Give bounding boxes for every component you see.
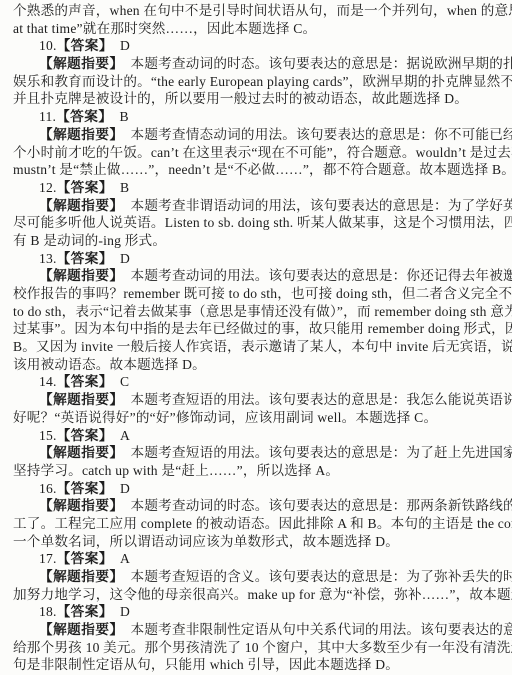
- text-line: mustn’t 是“禁止做……”，needn’t 是“不必做……”，都不符合题意…: [13, 161, 499, 179]
- text-line: 加努力地学习，这令他的母亲很高兴。make up for 意为“补偿，弥补……”…: [13, 586, 499, 604]
- text-line: 【解题指要】 本题考查非谓语动词的用法，该句要表达的意思是：为了学好英语，我们应…: [13, 197, 499, 215]
- text-line: 过某事”。因为本句中指的是去年已经做过的事，故只能用 remember doin…: [13, 320, 499, 338]
- text-line: 【解题指要】 本题考查情态动词的用法。该句要表达的意思是：你不可能已经饿了，你两: [13, 126, 499, 144]
- text-line: 【解题指要】 本题考查动词的用法。该句要表达的意思是：你还记得去年被邀请到我们学: [13, 267, 499, 285]
- text-run: 尽可能多听他人说英语。Listen to sb. doing sth. 听某人做…: [13, 215, 512, 230]
- text-line: 11.【答案】 B: [13, 108, 499, 126]
- text-line: 校作报告的事吗？remember 既可接 to do sth，也可接 doing…: [13, 285, 499, 303]
- text-line: 16.【答案】 D: [13, 480, 499, 498]
- text-run: 12.: [39, 180, 57, 195]
- section-label: 【解题指要】: [39, 569, 117, 584]
- text-line: 14.【答案】 C: [13, 373, 499, 391]
- section-label: 【解题指要】: [39, 445, 117, 460]
- section-label: 【答案】: [57, 374, 107, 389]
- text-line: 【解题指要】 本题考查短语的用法。该句要表达的意思是：为了赶上先进国家，我们必须: [13, 444, 499, 462]
- text-run: 加努力地学习，这令他的母亲很高兴。make up for 意为“补偿，弥补……”…: [13, 587, 512, 602]
- text-run: mustn’t 是“禁止做……”，needn’t 是“不必做……”，都不符合题意…: [13, 162, 512, 177]
- text-run: 校作报告的事吗？remember 既可接 to do sth，也可接 doing…: [13, 286, 512, 301]
- text-run: 17.: [39, 551, 57, 566]
- text-line: 一个单数名词，所以谓语动词应该为单数形式，故本题选择 D。: [13, 533, 499, 551]
- text-run: to do sth，表示“记着去做某事（意思是事情还没有做）”，而 rememb…: [13, 304, 512, 319]
- text-line: 【解题指要】 本题考查短语的含义。该句要表达的意思是：为了弥补丢失的时间，约翰更: [13, 568, 499, 586]
- text-run: 个小时前才吃的午饭。can’t 在这里表示“现在不可能”，符合题意。wouldn…: [13, 145, 512, 160]
- text-run: 并且扑克牌是被设计的，所以要用一般过去时的被动语态，故此题选择 D。: [13, 91, 468, 106]
- section-label: 【解题指要】: [39, 392, 117, 407]
- text-line: 给那个男孩 10 美元。那个男孩清洗了 10 个窗户，其中大多数至少有一年没有清…: [13, 639, 499, 657]
- text-line: 坚持学习。catch up with 是“赶上……”，所以选择 A。: [13, 462, 499, 480]
- text-line: 该用被动语态。故本题选择 D。: [13, 356, 499, 374]
- text-run: A: [106, 551, 130, 566]
- text-run: 给那个男孩 10 美元。那个男孩清洗了 10 个窗户，其中大多数至少有一年没有清…: [13, 640, 512, 655]
- section-label: 【解题指要】: [39, 268, 117, 283]
- text-line: 并且扑克牌是被设计的，所以要用一般过去时的被动语态，故此题选择 D。: [13, 90, 499, 108]
- text-run: 个熟悉的声音，when 在句中不是引导时间状语从句，而是一个并列句，when 的…: [13, 3, 512, 18]
- text-run: 15.: [39, 428, 57, 443]
- text-run: 该用被动语态。故本题选择 D。: [13, 357, 206, 372]
- text-run: B: [106, 109, 129, 124]
- text-run: D: [106, 38, 130, 53]
- text-run: B: [106, 180, 129, 195]
- text-line: at that time”就在那时突然……，因此本题选择 C。: [13, 20, 499, 38]
- text-line: 个熟悉的声音，when 在句中不是引导时间状语从句，而是一个并列句，when 的…: [13, 2, 499, 20]
- text-run: 有 B 是动词的-ing 形式。: [13, 233, 166, 248]
- section-label: 【答案】: [57, 180, 107, 195]
- text-line: 尽可能多听他人说英语。Listen to sb. doing sth. 听某人做…: [13, 214, 499, 232]
- text-run: 本题考查动词的时态。该句要表达的意思是：据说欧洲早期的扑克牌是为了: [117, 56, 512, 71]
- text-line: 有 B 是动词的-ing 形式。: [13, 232, 499, 250]
- text-run: 过某事”。因为本句中指的是去年已经做过的事，故只能用 remember doin…: [13, 321, 512, 336]
- section-label: 【解题指要】: [39, 498, 117, 513]
- text-run: 句是非限制性定语从句，只能用 which 引导，因此本题选择 D。: [13, 657, 399, 672]
- section-label: 【答案】: [56, 109, 106, 124]
- text-run: 本题考查非限制性定语从句中关系代词的用法。该句要表达的意思是：他付: [117, 622, 512, 637]
- text-run: 坚持学习。catch up with 是“赶上……”，所以选择 A。: [13, 463, 339, 478]
- text-run: 11.: [39, 109, 56, 124]
- text-run: 好呢？“英语说得好”的“好”修饰动词，应该用副词 well。本题选择 C。: [13, 410, 437, 425]
- text-line: 娱乐和教育而设计的。“the early European playing ca…: [13, 73, 499, 91]
- text-run: 本题考查动词的用法。该句要表达的意思是：你还记得去年被邀请到我们学: [117, 268, 512, 283]
- text-line: 17.【答案】 A: [13, 550, 499, 568]
- text-line: 18.【答案】 D: [13, 603, 499, 621]
- text-body: 个熟悉的声音，when 在句中不是引导时间状语从句，而是一个并列句，when 的…: [13, 2, 499, 674]
- text-run: 18.: [39, 604, 57, 619]
- text-run: 10.: [39, 38, 57, 53]
- text-run: D: [106, 481, 130, 496]
- section-label: 【答案】: [57, 38, 107, 53]
- text-run: B。又因为 invite 一般后接人作宾语，表示邀请了某人，本句中 invite…: [13, 339, 512, 354]
- text-line: 【解题指要】 本题考查非限制性定语从句中关系代词的用法。该句要表达的意思是：他付: [13, 621, 499, 639]
- text-line: 13.【答案】 D: [13, 250, 499, 268]
- text-line: 【解题指要】 本题考查动词的时态。该句要表达的意思是：据说欧洲早期的扑克牌是为了: [13, 55, 499, 73]
- section-label: 【解题指要】: [39, 198, 117, 213]
- text-run: 本题考查短语的用法。该句要表达的意思是：我怎么能说英语说得跟你一样: [117, 392, 512, 407]
- text-line: B。又因为 invite 一般后接人作宾语，表示邀请了某人，本句中 invite…: [13, 338, 499, 356]
- section-label: 【答案】: [57, 551, 107, 566]
- text-run: 本题考查情态动词的用法。该句要表达的意思是：你不可能已经饿了，你两: [117, 127, 512, 142]
- text-run: 本题考查非谓语动词的用法，该句要表达的意思是：为了学好英语，我们应该: [117, 198, 512, 213]
- text-run: D: [106, 604, 130, 619]
- text-line: 工了。工程完工应用 complete 的被动语态。因此排除 A 和 B。本句的主…: [13, 515, 499, 533]
- text-line: 【解题指要】 本题考查短语的用法。该句要表达的意思是：我怎么能说英语说得跟你一样: [13, 391, 499, 409]
- section-label: 【解题指要】: [39, 127, 117, 142]
- text-line: 15.【答案】 A: [13, 427, 499, 445]
- text-line: 12.【答案】 B: [13, 179, 499, 197]
- text-run: 工了。工程完工应用 complete 的被动语态。因此排除 A 和 B。本句的主…: [13, 516, 512, 531]
- section-label: 【答案】: [57, 481, 107, 496]
- text-line: 【解题指要】 本题考查动词的时态。该句要表达的意思是：那两条新铁路线的工程已经完: [13, 497, 499, 515]
- text-line: 10.【答案】 D: [13, 37, 499, 55]
- text-run: 本题考查动词的时态。该句要表达的意思是：那两条新铁路线的工程已经完: [117, 498, 512, 513]
- text-line: 好呢？“英语说得好”的“好”修饰动词，应该用副词 well。本题选择 C。: [13, 409, 499, 427]
- text-line: to do sth，表示“记着去做某事（意思是事情还没有做）”，而 rememb…: [13, 303, 499, 321]
- text-run: at that time”就在那时突然……，因此本题选择 C。: [13, 21, 316, 36]
- text-run: 14.: [39, 374, 57, 389]
- text-run: D: [106, 251, 130, 266]
- section-label: 【解题指要】: [39, 56, 117, 71]
- section-label: 【答案】: [57, 251, 107, 266]
- text-run: 本题考查短语的用法。该句要表达的意思是：为了赶上先进国家，我们必须: [117, 445, 512, 460]
- text-run: C: [106, 374, 129, 389]
- text-run: A: [106, 428, 130, 443]
- section-label: 【答案】: [57, 428, 107, 443]
- text-run: 一个单数名词，所以谓语动词应该为单数形式，故本题选择 D。: [13, 534, 399, 549]
- section-label: 【解题指要】: [39, 622, 117, 637]
- document-page: 个熟悉的声音，when 在句中不是引导时间状语从句，而是一个并列句，when 的…: [0, 0, 512, 675]
- section-label: 【答案】: [57, 604, 107, 619]
- text-run: 娱乐和教育而设计的。“the early European playing ca…: [13, 74, 512, 89]
- text-run: 本题考查短语的含义。该句要表达的意思是：为了弥补丢失的时间，约翰更: [117, 569, 512, 584]
- text-line: 个小时前才吃的午饭。can’t 在这里表示“现在不可能”，符合题意。wouldn…: [13, 144, 499, 162]
- text-run: 13.: [39, 251, 57, 266]
- text-run: 16.: [39, 481, 57, 496]
- text-line: 句是非限制性定语从句，只能用 which 引导，因此本题选择 D。: [13, 656, 499, 674]
